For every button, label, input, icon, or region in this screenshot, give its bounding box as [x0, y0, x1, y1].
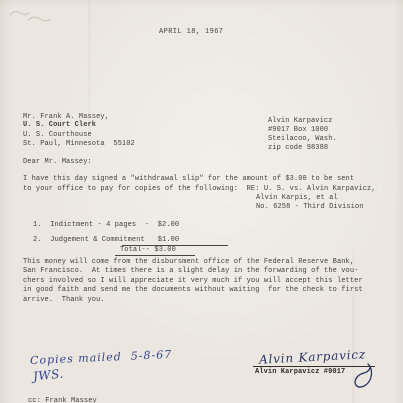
signature-line [253, 366, 375, 367]
fee-item: 1. Indictment - 4 pages - $2.00 [33, 221, 179, 229]
typed-signature: Alvin Karpavicz #9017 [255, 368, 345, 376]
address-line: #9017 Box 1000 [268, 126, 328, 134]
address-line: U. S. Courthouse [23, 131, 92, 139]
handwritten-note: Copies mailed 5-8-67 [30, 348, 173, 367]
body-line: to your office to pay for copies of the … [23, 185, 376, 193]
body-line: This money will come from the disbursmen… [23, 258, 354, 266]
body-line: arrive. Thank you. [23, 296, 105, 304]
cc-line: cc: Frank Massey [28, 397, 97, 403]
address-line: Steilacoo, Wash. [268, 135, 337, 143]
fee-item: 2. Judgement & Commitment $1.00 [33, 236, 179, 244]
address-line: U. S. Court Clerk [23, 121, 96, 129]
total-line: Total-- $3.00 [120, 246, 176, 254]
letter-date: APRIL 18, 1967 [159, 28, 223, 36]
reference-line: Alvin Karpis, et al [256, 194, 338, 202]
address-line: St. Paul, Minnesota 55102 [23, 140, 135, 148]
body-line: in good faith and send me the documents … [23, 286, 363, 294]
body-line: chers involved so I will appreciate it v… [23, 277, 363, 285]
pencil-mark [8, 7, 56, 27]
salutation: Dear Mr. Massey: [23, 158, 92, 166]
address-line: zip code 98388 [268, 144, 328, 152]
total-underline [115, 255, 195, 256]
body-line: I have this day signed a "withdrawal sli… [23, 175, 354, 183]
address-line: Mr. Frank A. Massey, [23, 113, 109, 121]
letter-page: APRIL 18, 1967 Mr. Frank A. Massey, U. S… [0, 0, 403, 403]
handwritten-initials: JWS. [32, 366, 64, 383]
address-line: Alvin Karpavicz [268, 117, 333, 125]
body-line: San Francisco. At times there is a sligh… [23, 267, 358, 275]
reference-line: No. 6258 - Third Division [256, 203, 364, 211]
